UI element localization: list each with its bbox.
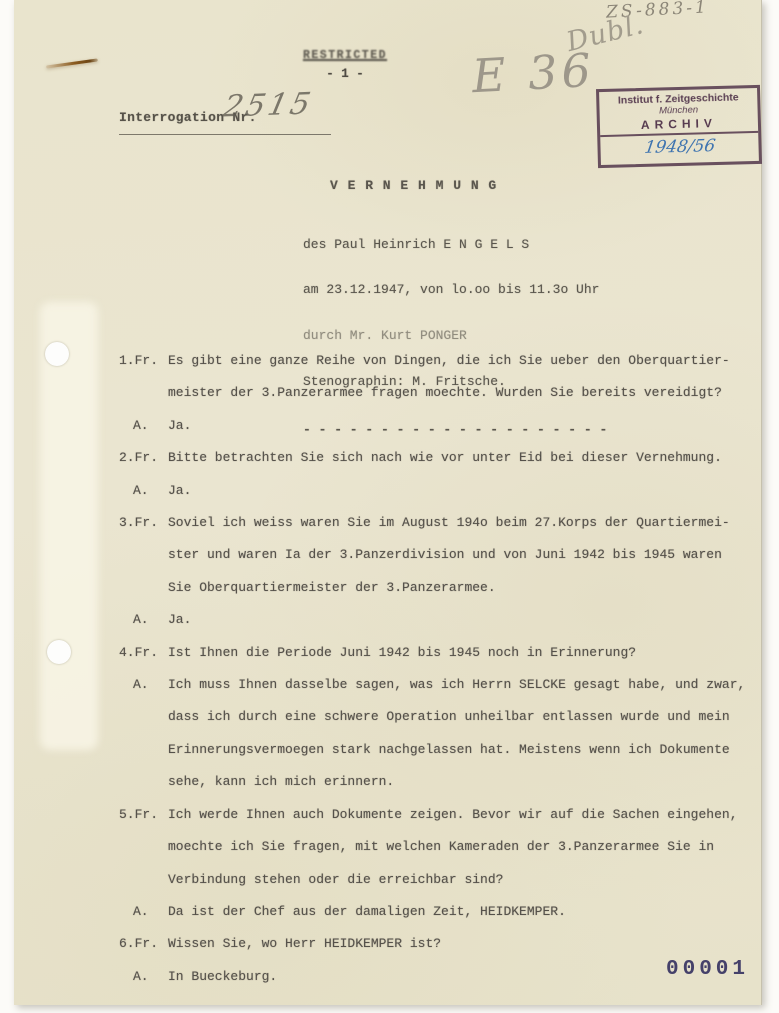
qa-line: Sie Oberquartiermeister der 3.Panzerarme… bbox=[168, 572, 751, 604]
qa-line: Ich muss Ihnen dasselbe sagen, was ich H… bbox=[168, 669, 751, 701]
qa-block: A.Ja. bbox=[119, 475, 751, 507]
qa-label: 2.Fr. bbox=[119, 442, 168, 474]
qa-block: 5.Fr.Ich werde Ihnen auch Dokumente zeig… bbox=[119, 799, 751, 896]
qa-lines: Ja. bbox=[168, 604, 751, 636]
qa-block: 6.Fr.Wissen Sie, wo Herr HEIDKEMPER ist? bbox=[119, 928, 751, 960]
qa-block: 2.Fr.Bitte betrachten Sie sich nach wie … bbox=[119, 442, 751, 474]
subject-line: des Paul Heinrich E N G E L S bbox=[303, 237, 607, 252]
qa-line: Wissen Sie, wo Herr HEIDKEMPER ist? bbox=[168, 928, 751, 960]
qa-label: A. bbox=[119, 410, 168, 442]
archive-stamp-text: Institut f. Zeitgeschichte München ARCHI… bbox=[599, 88, 758, 137]
qa-lines: Wissen Sie, wo Herr HEIDKEMPER ist? bbox=[168, 928, 751, 960]
qa-line: ster und waren Ia der 3.Panzerdivision u… bbox=[168, 539, 751, 571]
qa-line: sehe, kann ich mich erinnern. bbox=[168, 766, 751, 798]
qa-lines: Es gibt eine ganze Reihe von Dingen, die… bbox=[168, 345, 751, 410]
document-title: V E R N E H M U N G bbox=[330, 178, 497, 193]
qa-label: 3.Fr. bbox=[119, 507, 168, 604]
qa-line: Da ist der Chef aus der damaligen Zeit, … bbox=[168, 896, 751, 928]
qa-block: 4.Fr.Ist Ihnen die Periode Juni 1942 bis… bbox=[119, 637, 751, 669]
qa-label: 6.Fr. bbox=[119, 928, 168, 960]
date-line: am 23.12.1947, von lo.oo bis 11.3o Uhr bbox=[303, 282, 607, 297]
qa-lines: Ja. bbox=[168, 475, 751, 507]
qa-block: A.Da ist der Chef aus der damaligen Zeit… bbox=[119, 896, 751, 928]
qa-line: Bitte betrachten Sie sich nach wie vor u… bbox=[168, 442, 751, 474]
qa-lines: Ich muss Ihnen dasselbe sagen, was ich H… bbox=[168, 669, 751, 799]
classification-marking: RESTRICTED bbox=[290, 49, 400, 62]
qa-line: Es gibt eine ganze Reihe von Dingen, die… bbox=[168, 345, 751, 377]
interrogation-number-handwritten: 2515 bbox=[220, 86, 317, 124]
qa-line: In Bueckeburg. bbox=[168, 961, 751, 993]
qa-label: 4.Fr. bbox=[119, 637, 168, 669]
qa-label: 5.Fr. bbox=[119, 799, 168, 896]
qa-label: A. bbox=[119, 896, 168, 928]
qa-lines: Bitte betrachten Sie sich nach wie vor u… bbox=[168, 442, 751, 474]
qa-lines: Da ist der Chef aus der damaligen Zeit, … bbox=[168, 896, 751, 928]
qa-list: 1.Fr.Es gibt eine ganze Reihe von Dingen… bbox=[119, 345, 751, 993]
archive-stamp: Institut f. Zeitgeschichte München ARCHI… bbox=[596, 85, 762, 168]
punch-hole-bottom bbox=[47, 640, 71, 664]
qa-line: Soviel ich weiss waren Sie im August 194… bbox=[168, 507, 751, 539]
qa-block: A.Ja. bbox=[119, 410, 751, 442]
page-serial-stamp: 00001 bbox=[666, 958, 749, 981]
qa-line: Ja. bbox=[168, 604, 751, 636]
stamp-archiv-line: ARCHIV bbox=[602, 115, 756, 133]
qa-lines: Ist Ihnen die Periode Juni 1942 bis 1945… bbox=[168, 637, 751, 669]
tape-strip bbox=[40, 302, 98, 750]
qa-block: A.Ja. bbox=[119, 604, 751, 636]
qa-block: 1.Fr.Es gibt eine ganze Reihe von Dingen… bbox=[119, 345, 751, 410]
qa-label: A. bbox=[119, 604, 168, 636]
pencil-shelf-mark: E 36 bbox=[471, 43, 596, 103]
qa-block: 3.Fr.Soviel ich weiss waren Sie im Augus… bbox=[119, 507, 751, 604]
scanned-document: RESTRICTED - 1 - Interrogation Nr. 2515 … bbox=[0, 0, 779, 1013]
qa-line: Ich werde Ihnen auch Dokumente zeigen. B… bbox=[168, 799, 751, 831]
paper-sheet: RESTRICTED - 1 - Interrogation Nr. 2515 … bbox=[14, 0, 762, 1005]
qa-label: A. bbox=[119, 961, 168, 993]
rust-mark bbox=[46, 58, 98, 68]
qa-lines: In Bueckeburg. bbox=[168, 961, 751, 993]
qa-line: Ja. bbox=[168, 410, 751, 442]
punch-hole-top bbox=[45, 342, 69, 366]
qa-label: A. bbox=[119, 475, 168, 507]
qa-line: Ist Ihnen die Periode Juni 1942 bis 1945… bbox=[168, 637, 751, 669]
qa-line: Verbindung stehen oder die erreichbar si… bbox=[168, 864, 751, 896]
qa-line: meister der 3.Panzerarmee fragen moechte… bbox=[168, 377, 751, 409]
qa-label: 1.Fr. bbox=[119, 345, 168, 410]
interrogator-line: durch Mr. Kurt PONGER bbox=[303, 328, 607, 343]
qa-line: dass ich durch eine schwere Operation un… bbox=[168, 701, 751, 733]
qa-lines: Soviel ich weiss waren Sie im August 194… bbox=[168, 507, 751, 604]
qa-block: A.Ich muss Ihnen dasselbe sagen, was ich… bbox=[119, 669, 751, 799]
qa-label: A. bbox=[119, 669, 168, 799]
qa-lines: Ich werde Ihnen auch Dokumente zeigen. B… bbox=[168, 799, 751, 896]
qa-lines: Ja. bbox=[168, 410, 751, 442]
page-number: - 1 - bbox=[290, 67, 400, 81]
stamp-accession-number: 1948/56 bbox=[599, 133, 761, 165]
qa-line: moechte ich Sie fragen, mit welchen Kame… bbox=[168, 831, 751, 863]
qa-block: A.In Bueckeburg. bbox=[119, 961, 751, 993]
qa-line: Erinnerungsvermoegen stark nachgelassen … bbox=[168, 734, 751, 766]
qa-line: Ja. bbox=[168, 475, 751, 507]
